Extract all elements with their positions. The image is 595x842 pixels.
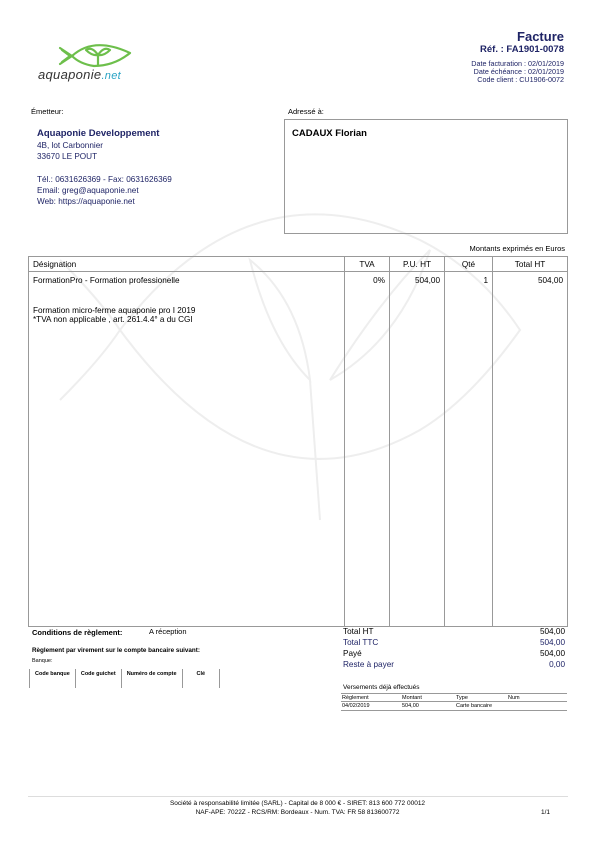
payment-date: 04/02/2019 — [341, 702, 401, 711]
payment-conditions-label: Conditions de règlement: — [32, 628, 122, 637]
page-number: 1/1 — [541, 809, 550, 816]
items-header-row: Désignation TVA P.U. HT Qté Total HT — [29, 257, 568, 272]
total-ttc-label: Total TTC — [343, 638, 378, 647]
paid-label: Payé — [343, 649, 362, 658]
currency-note: Montants exprimés en Euros — [470, 244, 565, 253]
invoice-reference: Réf. : FA1901-0078 — [480, 44, 564, 55]
bank-code-header: Code banque — [30, 669, 76, 688]
item-quantity: 1 — [445, 272, 493, 627]
col-tva: TVA — [345, 257, 390, 272]
issuer-phone: Tél.: 0631626369 - Fax: 0631626369 — [37, 175, 172, 184]
issuer-label: Émetteur: — [31, 107, 64, 116]
item-description-line2: *TVA non applicable , art. 261.4.4° a du… — [33, 315, 340, 324]
payments-done-title: Versements déjà effectués — [343, 684, 419, 691]
remaining-label: Reste à payer — [343, 660, 394, 669]
table-row: FormationPro - Formation professionelle … — [29, 272, 568, 627]
remaining-value: 0,00 — [549, 660, 565, 669]
footer-divider — [28, 796, 568, 797]
item-designation: FormationPro - Formation professionelle — [33, 276, 340, 285]
payment-conditions-value: A réception — [149, 627, 187, 636]
document-title: Facture — [517, 29, 564, 44]
client-code: Code client : CU1906-0072 — [477, 75, 564, 84]
item-unit-price: 504,00 — [390, 272, 445, 627]
items-table: Désignation TVA P.U. HT Qté Total HT For… — [28, 256, 568, 627]
paid-row: Payé 504,00 — [343, 649, 565, 658]
remaining-row: Reste à payer 0,00 — [343, 660, 565, 669]
col-payment-num: Num — [507, 694, 567, 702]
footer-legal-line1: Société à responsabilité limitée (SARL) … — [0, 800, 595, 807]
logo-text-ext: .net — [101, 70, 121, 82]
logo-wordmark: aquaponie.net — [38, 67, 121, 82]
recipient-name: CADAUX Florian — [292, 128, 367, 139]
item-tva: 0% — [345, 272, 390, 627]
total-ht-row: Total HT 504,00 — [343, 627, 565, 636]
issuer-address-line2: 33670 LE POUT — [37, 152, 97, 161]
payments-done-table: Règlement Montant Type Num 04/02/2019 50… — [341, 693, 567, 711]
account-number-header: Numéro de compte — [121, 669, 182, 688]
footer-legal-line2: NAF-APE: 7022Z - RCS/RM: Bordeaux - Num.… — [0, 809, 595, 816]
total-ht-label: Total HT — [343, 627, 373, 636]
issuer-website[interactable]: Web: https://aquaponie.net — [37, 197, 135, 206]
total-ttc-value: 504,00 — [540, 638, 565, 647]
item-total-ht: 504,00 — [493, 272, 568, 627]
paid-value: 504,00 — [540, 649, 565, 658]
bank-label: Banque: — [32, 658, 53, 664]
payment-amount: 504,00 — [401, 702, 455, 711]
col-payment-date: Règlement — [341, 694, 401, 702]
recipient-label: Adressé à: — [288, 107, 324, 116]
issuer-address-line1: 4B, lot Carbonnier — [37, 141, 103, 150]
key-header: Clé — [182, 669, 220, 688]
issuer-name: Aquaponie Developpement — [37, 128, 159, 139]
payment-type: Carte bancaire — [455, 702, 507, 711]
issuer-email[interactable]: Email: greg@aquaponie.net — [37, 186, 139, 195]
item-designation-cell: FormationPro - Formation professionelle … — [29, 272, 345, 627]
col-payment-type: Type — [455, 694, 507, 702]
table-row: 04/02/2019 504,00 Carte bancaire — [341, 702, 567, 711]
bank-transfer-label: Règlement par virement sur le compte ban… — [32, 647, 200, 654]
col-qty: Qté — [445, 257, 493, 272]
payment-num — [507, 702, 567, 711]
branch-code-header: Code guichet — [75, 669, 121, 688]
col-pu-ht: P.U. HT — [390, 257, 445, 272]
total-ht-value: 504,00 — [540, 627, 565, 636]
bank-details-table: Code banque Code guichet Numéro de compt… — [29, 669, 220, 688]
total-ttc-row: Total TTC 504,00 — [343, 638, 565, 647]
logo-text-main: aquaponie — [38, 67, 101, 82]
col-payment-amount: Montant — [401, 694, 455, 702]
col-total-ht: Total HT — [493, 257, 568, 272]
col-designation: Désignation — [29, 257, 345, 272]
item-description-line1: Formation micro-ferme aquaponie pro I 20… — [33, 306, 340, 315]
payments-header-row: Règlement Montant Type Num — [341, 694, 567, 702]
